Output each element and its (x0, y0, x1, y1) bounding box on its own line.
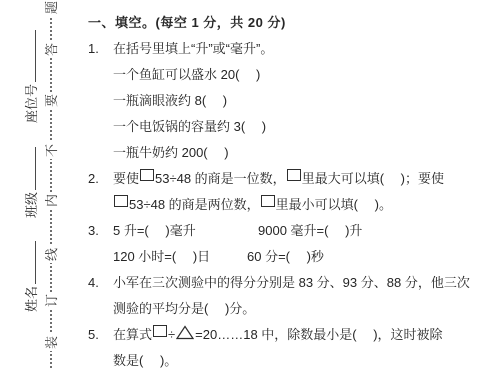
question-4-number: 4. (88, 270, 113, 296)
question-5-number: 5. (88, 322, 113, 348)
seal-char: 题 (44, 0, 59, 16)
seal-char: 答 (44, 41, 59, 58)
class-field: 班级 (24, 147, 40, 218)
question-3-text: 9000 毫升=( )升 (258, 218, 362, 244)
question-3-text: 120 小时=( )日 (113, 244, 247, 270)
question-3-line2: 120 小时=( )日 60 分=( )秒 (113, 244, 488, 270)
seal-char: 装 (44, 334, 59, 351)
question-4-line2: 测验的平均分是( )分。 (113, 296, 488, 322)
square-placeholder-icon (140, 169, 154, 181)
question-2-line2: 53÷48 的商是两位数，里最小可以填( )。 (113, 192, 488, 218)
question-1-item: 一个电饭锅的容量约 3( ) (113, 114, 488, 140)
square-placeholder-icon (287, 169, 301, 181)
seal-char: 要 (44, 92, 59, 109)
seal-char: 内 (44, 192, 59, 209)
seal-char: 订 (44, 292, 59, 309)
question-3: 3. 5 升=( )毫升 9000 毫升=( )升 120 小时=( )日 60… (88, 218, 488, 270)
question-1-item: 一瓶牛奶约 200( ) (113, 140, 488, 166)
question-2-text: 要使 (113, 171, 139, 186)
exam-content: 一、填空。(每空 1 分，共 20 分) 1. 在括号里填上“升”或“毫升”。 … (88, 10, 488, 370)
seal-char: 不 (44, 142, 59, 159)
question-1: 1. 在括号里填上“升”或“毫升”。 一个鱼缸可以盛水 20( ) 一瓶滴眼液约… (88, 36, 488, 166)
question-2-text: 里最小可以填( )。 (276, 197, 392, 212)
triangle-placeholder-icon (176, 325, 194, 340)
class-blank-line (26, 147, 36, 190)
class-label: 班级 (24, 192, 39, 218)
question-1-item: 一瓶滴眼液约 8( ) (113, 88, 488, 114)
question-3-number: 3. (88, 218, 113, 244)
question-3-text: 5 升=( )毫升 (113, 218, 258, 244)
question-5-text: =20……18 中，除数最小是( )，这时被除 (195, 327, 442, 342)
square-placeholder-icon (114, 195, 128, 207)
question-2-line1: 要使53÷48 的商是一位数，里最大可以填( )；要使 (113, 166, 488, 192)
question-2-text: 里最大可以填( )；要使 (302, 171, 444, 186)
question-4-line1: 小军在三次测验中的得分分别是 83 分、93 分、88 分，他三次 (113, 270, 488, 296)
question-5-text: 在算式 (113, 327, 152, 342)
name-blank-line (26, 241, 36, 284)
question-3-text: 60 分=( )秒 (247, 244, 324, 270)
seal-line-strip: 装 订 线 内 不 要 答 题 (44, 0, 60, 370)
question-2: 2. 要使53÷48 的商是一位数，里最大可以填( )；要使 53÷48 的商是… (88, 166, 488, 218)
name-label: 姓名 (24, 286, 39, 312)
seal-char: 线 (44, 246, 59, 263)
section-title: 一、填空。(每空 1 分，共 20 分) (88, 10, 488, 36)
question-5: 5. 在算式÷=20……18 中，除数最小是( )，这时被除 数是( )。 (88, 322, 488, 370)
question-2-text: 53÷48 的商是两位数， (129, 197, 260, 212)
question-2-number: 2. (88, 166, 113, 192)
question-5-line1: 在算式÷=20……18 中，除数最小是( )，这时被除 (113, 322, 488, 348)
question-3-line1: 5 升=( )毫升 9000 毫升=( )升 (113, 218, 488, 244)
question-4: 4. 小军在三次测验中的得分分别是 83 分、93 分、88 分，他三次 测验的… (88, 270, 488, 322)
question-2-text: 53÷48 的商是一位数， (155, 171, 286, 186)
question-5-line2: 数是( )。 (113, 348, 488, 370)
seat-number-label: 座位号 (24, 84, 39, 123)
seat-number-blank-line (26, 30, 36, 82)
exam-paper-page: 姓名 班级 座位号 装 订 线 内 不 要 答 题 一、填空。(每空 1 分，共… (0, 0, 495, 370)
question-1-text: 在括号里填上“升”或“毫升”。 (113, 36, 488, 62)
question-5-text: ÷ (168, 327, 175, 342)
square-placeholder-icon (153, 325, 167, 337)
name-field: 姓名 (24, 241, 40, 312)
question-1-number: 1. (88, 36, 113, 62)
square-placeholder-icon (261, 195, 275, 207)
student-info-strip: 姓名 班级 座位号 (24, 0, 40, 370)
seat-number-field: 座位号 (24, 30, 40, 123)
question-1-item: 一个鱼缸可以盛水 20( ) (113, 62, 488, 88)
